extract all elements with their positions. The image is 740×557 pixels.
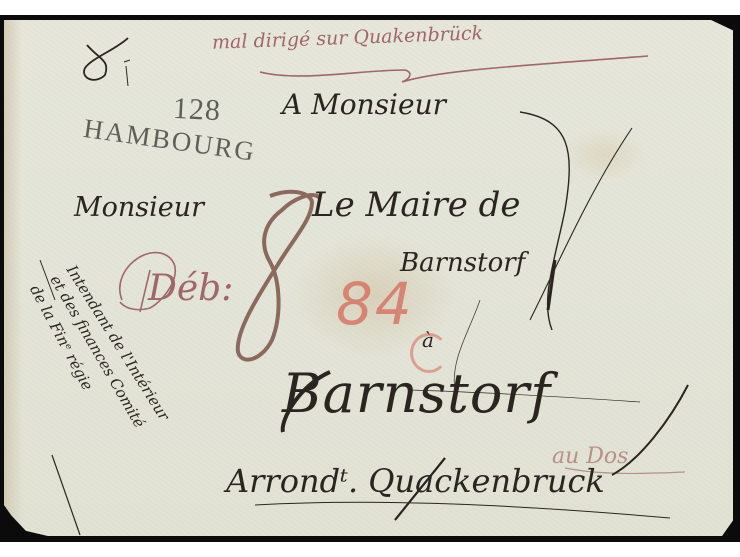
large-eight-stroke xyxy=(238,192,320,360)
arrondt-underline xyxy=(255,502,670,518)
redirect-underline xyxy=(260,56,648,82)
corner-eight-stroke xyxy=(84,38,128,80)
rating-cross-stroke xyxy=(520,112,569,330)
deb-flourish xyxy=(120,253,176,312)
manuscript-strokes xyxy=(0,0,740,557)
